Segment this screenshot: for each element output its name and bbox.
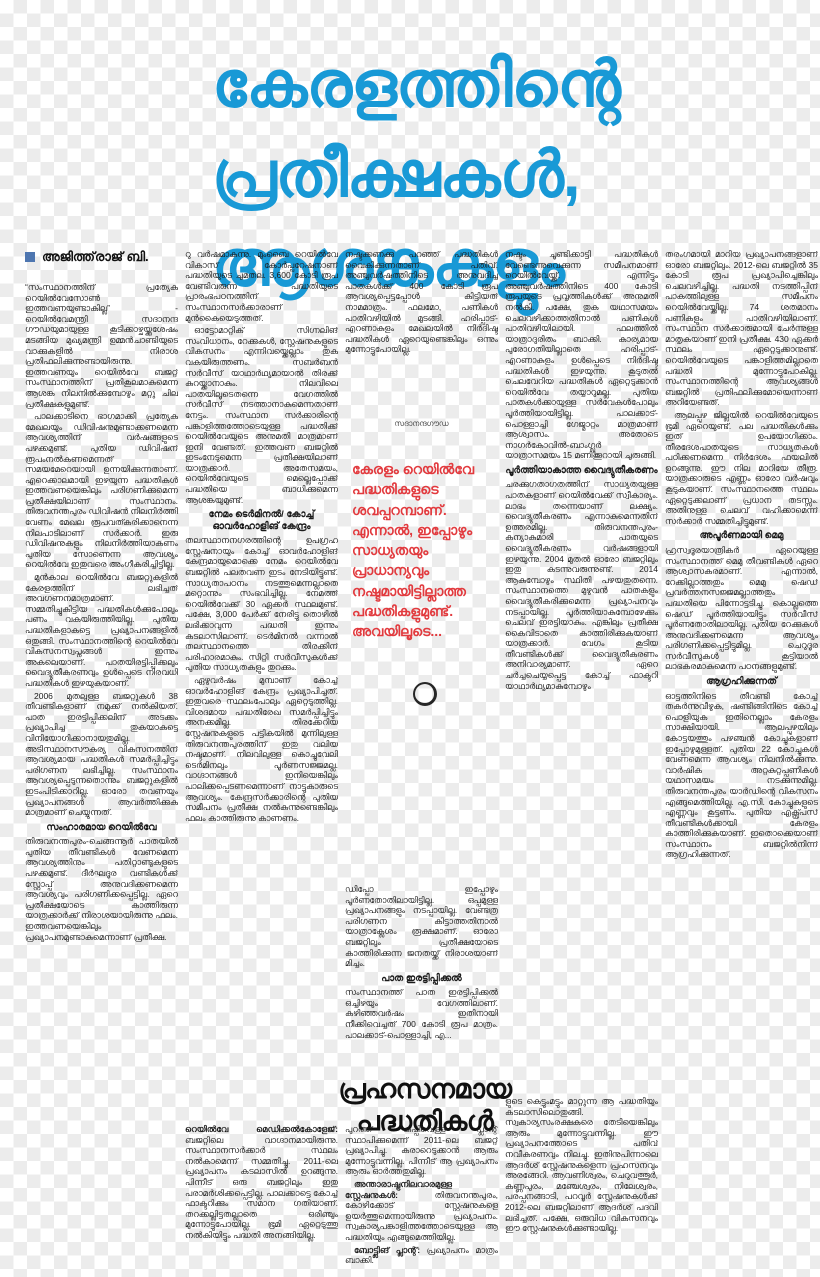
paragraph: “സംസ്ഥാനത്തിന് പ്രത്യേക റെയിൽവേസോൺ ഇത്തവ…	[25, 282, 178, 409]
photo-caption: സദാനന്ദഗൗഡ	[345, 419, 498, 429]
subheading: പൂർത്തിയാകാത്ത വൈദ്യുതീകരണം	[505, 465, 658, 477]
byline: അജിത്ത്‌രാജ് ബി.	[25, 249, 149, 265]
paragraph: പുറത്ത് കുപ്പിവെള്ള പ്ലാന്റ് സ്ഥാപിക്കുമ…	[345, 1124, 498, 1177]
paragraph: ബോട്ട്ലിങ് പ്ലാന്റ്: പ്രഖ്യാപനം മാത്രം ബ…	[345, 1245, 498, 1266]
paragraph: റെയിൽവേ മെഡിക്കൽകോളേജ്: ബജറ്റിലെ വാഗ്ദാന…	[185, 1124, 338, 1241]
subheading: സംഹാരമായ റെയിൽവേ	[25, 822, 178, 834]
article-column-5: തരംഗമായി മാറിയ പ്രഖ്യാപനങ്ങളാണ് ഓരോ ബജറ്…	[665, 249, 818, 1277]
article-column-2: റു വർഷമാകുന്നു. മുംബൈ റെയിൽവേ വികാസ് കോർ…	[185, 249, 338, 1079]
subheading: നേമം ടെർമിനൽ/ കോച്ച് ഓവർഹോളിങ് കേന്ദ്രം	[185, 509, 338, 532]
paragraph: 2006 മുതലുള്ള ബജറ്റുകൾ 38 തീവണ്ടികളാണ് ന…	[25, 691, 178, 818]
paragraph: സംസ്ഥാനത്ത് പാത ഇരട്ടിപ്പിക്കൽ ഒച്ചിഴയും…	[345, 987, 498, 1040]
paragraph: ഏഴുവർഷം മുമ്പാണ് കോച്ച് ഓവർഹോളിങ് കേന്ദ്…	[185, 675, 338, 823]
paragraph: മുൻകാല റെയിൽവേ ബജറ്റുകളിൽ കേരളത്തിന് ലഭി…	[25, 572, 178, 689]
paragraph: ഓട്ടോമാറ്റിക് സിഗ്നലിങ് സംവിധാനം, റേക്കു…	[185, 325, 338, 505]
paragraph: തരംഗമായി മാറിയ പ്രഖ്യാപനങ്ങളാണ് ഓരോ ബജറ്…	[665, 249, 818, 408]
ring-graphic	[413, 682, 437, 706]
paragraph: ഡിപ്പോ ഇപ്പോഴും പൂർണതോതിലായിട്ടില്ല. ഒപ്…	[345, 884, 498, 969]
subheading: പാത ഇരട്ടിപ്പിക്കൽ	[345, 973, 498, 985]
paragraph: നഷ്ടം ചൂണ്ടിക്കാട്ടി പദ്ധതികൾ വേണ്ടെന്നു…	[505, 249, 658, 461]
paragraph: ഹ്രസ്വദൂരയാത്രികർ ഏറെയുള്ള സംസ്ഥാനത്ത് മ…	[665, 545, 818, 672]
paragraph: റു വർഷമാകുന്നു. മുംബൈ റെയിൽവേ വികാസ് കോർ…	[185, 249, 338, 323]
runin-label: ബോട്ട്ലിങ് പ്ലാന്റ്:	[354, 1245, 427, 1255]
paragraph: ഓട്ടത്തിനിടെ തീവണ്ടി കോച്ച് തകർന്നുവീഴുക…	[665, 691, 818, 861]
headline-line1: കേരളത്തിന്റെ	[212, 40, 820, 130]
paragraph: നഷ്ടക്കണക്കു പറഞ്ഞ് പദ്ധതികൾ വൈകിക്കുന്ന…	[345, 249, 498, 355]
bottom-section-column-2: പുറത്ത് കുപ്പിവെള്ള പ്ലാന്റ് സ്ഥാപിക്കുമ…	[345, 1124, 498, 1277]
subheading: അപൂർണമായി മെമു	[665, 530, 818, 542]
bottom-section-column-1: റെയിൽവേ മെഡിക്കൽകോളേജ്: ബജറ്റിലെ വാഗ്ദാന…	[185, 1124, 338, 1277]
pull-quote: കേരളം റെയിൽവേ പദ്ധതികളുടെ ശവപ്പറമ്പാണ്. …	[352, 459, 482, 642]
article-column-4: നഷ്ടം ചൂണ്ടിക്കാട്ടി പദ്ധതികൾ വേണ്ടെന്നു…	[505, 249, 658, 1069]
paragraph: ആലപ്പുഴ ജില്ലയിൽ റെയിൽവേയുടെ ഭൂമി ഏറെയുണ…	[665, 410, 818, 527]
paragraph: തലസ്ഥാനനഗരത്തിന്റെ ഉപഗ്രഹ സ്റ്റേഷനായും ക…	[185, 535, 338, 673]
article-column-3-bottom: ഡിപ്പോ ഇപ്പോഴും പൂർണതോതിലായിട്ടില്ല. ഒപ്…	[345, 884, 498, 1076]
paragraph: പാലക്കാടിനെ ഭാഗമാക്കി പ്രത്യേക മേഖലയും ഡ…	[25, 411, 178, 570]
bottom-section-column-3: ളുടെ കെട്ടുംമട്ടും മാറ്റുന്ന ആ പദ്ധതിയും…	[505, 1096, 658, 1277]
subheading: ആഗ്രഹിക്കുന്നത്	[665, 676, 818, 688]
paragraph: അന്താരാഷ്ട്രനിലവാരമുള്ള സ്റ്റേഷനുകൾ: തിര…	[345, 1179, 498, 1243]
paragraph: ളുടെ കെട്ടുംമട്ടും മാറ്റുന്ന ആ പദ്ധതിയും…	[505, 1096, 658, 1234]
newspaper-page: കേരളത്തിന്റെ പ്രതീക്ഷകൾ, ആശങ്കകളും അജിത്…	[0, 0, 820, 1277]
paragraph: തിരുവനന്തപുരം-ചെങ്ങന്നൂർ പാതയിൽ പുതിയ തീ…	[25, 836, 178, 942]
byline-name: അജിത്ത്‌രാജ് ബി.	[42, 249, 149, 265]
article-column-3-top: നഷ്ടക്കണക്കു പറഞ്ഞ് പദ്ധതികൾ വൈകിക്കുന്ന…	[345, 249, 498, 401]
paragraph: ചരക്കുഗതാഗതത്തിന് സാധ്യതയുള്ള പാതകളാണ് റ…	[505, 479, 658, 691]
article-column-1: “സംസ്ഥാനത്തിന് പ്രത്യേക റെയിൽവേസോൺ ഇത്തവ…	[25, 282, 178, 1277]
byline-bullet-icon	[25, 252, 35, 262]
runin-label: അന്താരാഷ്ട്രനിലവാരമുള്ള സ്റ്റേഷനുകൾ:	[345, 1179, 452, 1200]
runin-label: റെയിൽവേ മെഡിക്കൽകോളേജ്:	[185, 1124, 338, 1134]
